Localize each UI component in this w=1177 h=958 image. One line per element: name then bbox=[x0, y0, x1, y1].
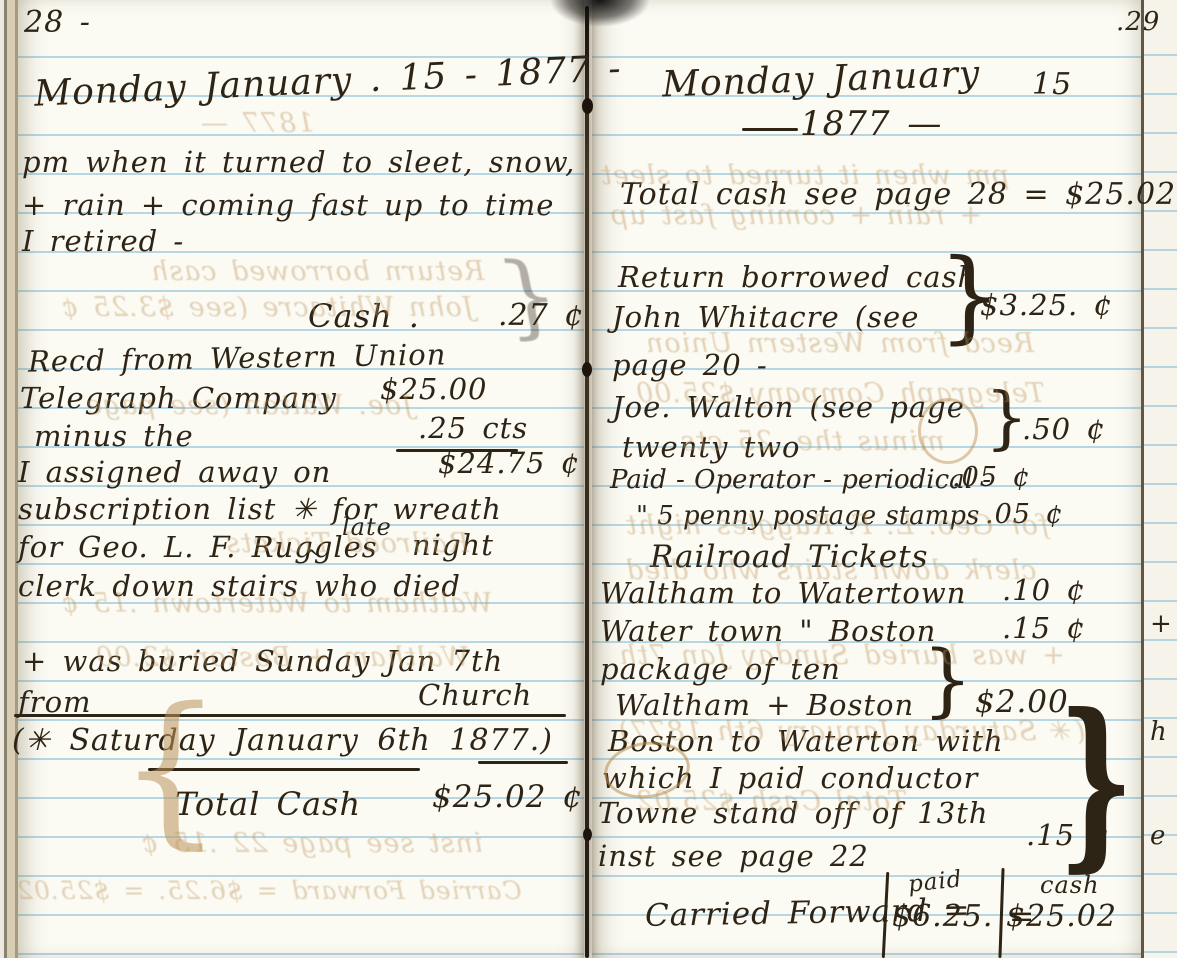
page-number-left: 28 - bbox=[24, 6, 91, 39]
carried-cash-label: cash bbox=[1040, 872, 1100, 898]
stitch-knot bbox=[582, 362, 592, 377]
entry-line: inst see page 22 bbox=[598, 841, 869, 873]
ink-bleedthrough: clerk down stairs who died bbox=[625, 555, 1037, 586]
stitch-knot bbox=[582, 98, 593, 114]
binding-gutter bbox=[585, 6, 589, 958]
entry-line: + rain + coming fast up to time bbox=[22, 190, 554, 222]
edge-mark: e bbox=[1150, 822, 1166, 851]
edge-mark: h bbox=[1150, 718, 1168, 747]
ink-bleedthrough: for Geo. L. F. Ruggles night bbox=[625, 510, 1049, 541]
next-page-sliver bbox=[1144, 0, 1177, 958]
ink-bleedthrough: + was buried Sunday Jan 7th bbox=[618, 640, 1065, 671]
ink-bleedthrough: inst see page 22 .15 ¢ bbox=[140, 828, 483, 859]
ink-bleedthrough: Total Cash $25.02 bbox=[635, 786, 907, 817]
ink-bleedthrough: pm when it turned to sleet bbox=[600, 160, 1009, 191]
carried-cash-amount: $25.02 bbox=[1006, 900, 1117, 933]
date-heading-year: 1877 — bbox=[800, 106, 942, 143]
ink-bleedthrough: Railroad Tickets bbox=[225, 528, 469, 559]
entry-line: Church bbox=[418, 680, 532, 712]
stitch-knot bbox=[583, 828, 592, 841]
entry-line: I assigned away on bbox=[18, 457, 331, 489]
ink-flourish-dash bbox=[742, 128, 798, 131]
bleedthrough-brace: { bbox=[500, 252, 558, 342]
ink-bleedthrough: Telegraph Company $25.00 bbox=[635, 378, 1045, 409]
amount: .15 ¢ bbox=[1026, 820, 1110, 852]
amount-underlined: .25 cts bbox=[418, 413, 528, 445]
entry-line: Paid - Operator - periodical - bbox=[610, 466, 991, 495]
edge-mark: + bbox=[1150, 610, 1173, 639]
page-edge-strip bbox=[7, 0, 15, 958]
ink-bleedthrough: minus the .25 cts bbox=[680, 426, 945, 457]
ink-bleedthrough: Recd from Western Union bbox=[645, 328, 1034, 359]
ink-bleedthrough: Waltham to Watertown .15 ¢ bbox=[60, 588, 492, 619]
page-number-right: .29 bbox=[1116, 8, 1160, 37]
entry-line: I retired - bbox=[22, 226, 184, 258]
entry-line: minus the bbox=[34, 421, 194, 453]
date-heading-day: 15 bbox=[1032, 68, 1072, 101]
ink-underline bbox=[478, 761, 568, 764]
ink-bleedthrough: Return borrowed cash bbox=[150, 256, 484, 287]
amount: $24.75 ¢ bbox=[438, 448, 580, 480]
diary-scan: 28 - Monday January . 15 - 1877 - pm whe… bbox=[0, 0, 1177, 958]
ink-bleedthrough: 1877 — bbox=[200, 108, 314, 139]
total-amount: $25.02 ¢ bbox=[432, 780, 583, 814]
ink-bleedthrough: (✳ Saturday January 6th 1877) bbox=[618, 716, 1085, 747]
amount: .50 ¢ bbox=[1022, 414, 1106, 446]
ink-bleedthrough: Joe. Walton (see page bbox=[85, 390, 413, 421]
entry-line: subscription list ✳ for wreath bbox=[18, 494, 502, 526]
flourish-brace: { bbox=[118, 686, 223, 851]
ink-bleedthrough: John Whitacre (see $3.25 ¢ bbox=[60, 292, 474, 323]
amount: .05 ¢ bbox=[952, 463, 1031, 493]
entry-line: Return borrowed cash bbox=[618, 262, 977, 294]
amount: $3.25. ¢ bbox=[980, 290, 1113, 322]
spine-shadow bbox=[536, 0, 664, 36]
amount: $2.00 bbox=[975, 685, 1069, 719]
entry-line: pm when it turned to sleet, snow, bbox=[22, 147, 575, 179]
ink-rule-long bbox=[14, 714, 566, 717]
ink-bleedthrough: Waltham + Boston $2.00 bbox=[95, 642, 469, 673]
entry-line: (✳ Saturday January 6th 1877.) bbox=[12, 724, 553, 757]
ink-bleedthrough: + rain + coming fast up bbox=[610, 200, 982, 231]
ink-bleedthrough: Carried Forward = $6.25. = $25.02 bbox=[16, 876, 522, 905]
